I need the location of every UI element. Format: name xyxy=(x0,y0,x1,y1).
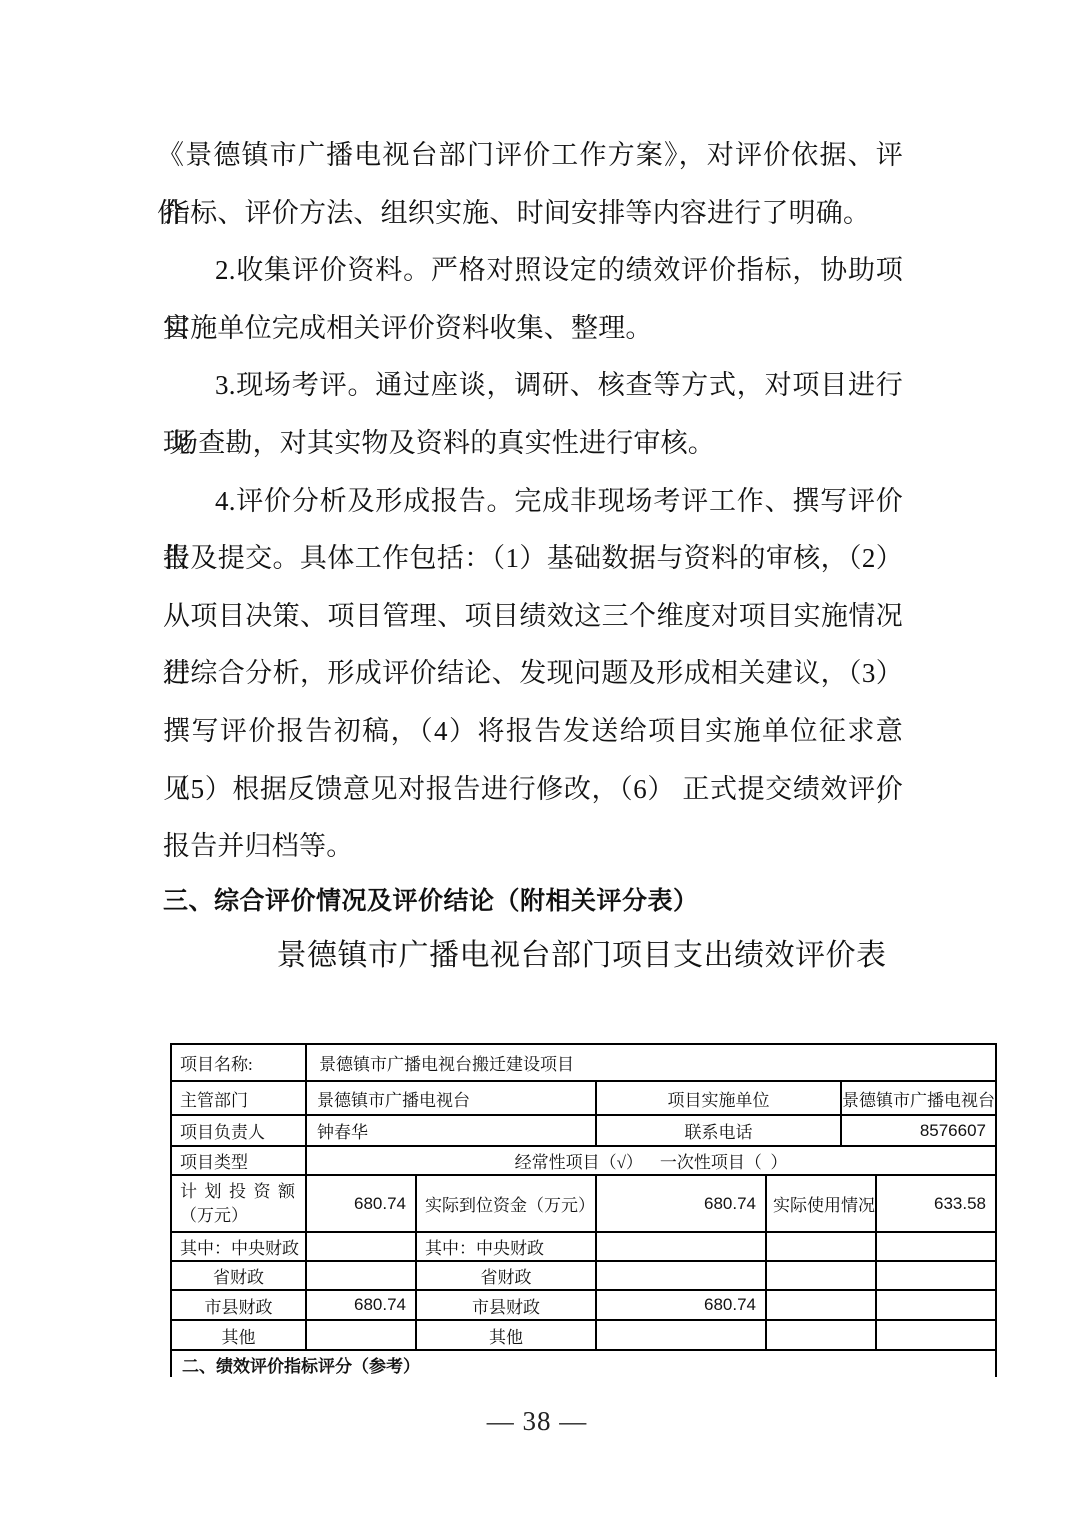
empty-cell xyxy=(307,1233,417,1262)
table-title: 景德镇市广播电视台部门项目支出绩效评价表 xyxy=(170,936,993,976)
planned-investment-value: 680.74 xyxy=(307,1176,417,1233)
actual-funds-value: 680.74 xyxy=(597,1176,767,1233)
body-line: 撰写评价报告初稿，（4）将报告发送给项目实施单位征求意见， xyxy=(163,703,903,761)
project-leader-label: 项目负责人 xyxy=(172,1116,307,1147)
body-line: 指标、评价方法、组织实施、时间安排等内容进行了明确。 xyxy=(163,185,903,243)
body-line: 从项目决策、项目管理、项目绩效这三个维度对项目实施情况进 xyxy=(163,588,903,646)
project-name-label: 项目名称: xyxy=(172,1045,307,1082)
empty-cell xyxy=(877,1262,995,1291)
project-type-label: 项目类型 xyxy=(172,1147,307,1176)
central-finance-label-1: 其中：中央财政 xyxy=(172,1233,307,1262)
empty-cell xyxy=(307,1262,417,1291)
city-finance-label-1: 市县财政 xyxy=(172,1291,307,1321)
city-finance-value-1: 680.74 xyxy=(307,1291,417,1321)
empty-cell xyxy=(597,1321,767,1351)
empty-cell xyxy=(767,1321,877,1351)
impl-unit-label: 项目实施单位 xyxy=(597,1082,842,1116)
page-number: — 38 — xyxy=(0,1406,1074,1437)
empty-cell xyxy=(767,1291,877,1321)
planned-investment-label-line1: 计 划 投 资 额 xyxy=(180,1180,295,1204)
table-row-score-section: 二、绩效评价指标评分（参考） xyxy=(172,1351,995,1377)
project-type-value: 经常性项目（√） 一次性项目（ ） xyxy=(307,1147,995,1176)
empty-cell xyxy=(877,1321,995,1351)
actual-usage-value: 633.58 xyxy=(877,1176,995,1233)
supervisor-dept-value: 景德镇市广播电视台 xyxy=(307,1082,597,1116)
project-name-value: 景德镇市广播电视台搬迁建设项目 xyxy=(307,1045,995,1082)
empty-cell xyxy=(877,1233,995,1262)
section-heading: 三、综合评价情况及评价结论（附相关评分表） xyxy=(163,884,963,918)
table-row-province-finance: 省财政 省财政 xyxy=(172,1262,995,1291)
project-evaluation-table: 项目名称: 景德镇市广播电视台搬迁建设项目 主管部门 景德镇市广播电视台 项目实… xyxy=(170,1043,997,1377)
table-row-leader: 项目负责人 钟春华 联系电话 8576607 xyxy=(172,1116,995,1147)
phone-value: 8576607 xyxy=(842,1116,995,1147)
impl-unit-value: 景德镇市广播电视台 xyxy=(842,1082,995,1116)
body-line: 告及提交。具体工作包括：（1）基础数据与资料的审核，（2） xyxy=(163,530,903,588)
body-text: 《景德镇市广播电视台部门评价工作方案》，对评价依据、评价 指标、评价方法、组织实… xyxy=(163,127,903,876)
project-leader-value: 钟春华 xyxy=(307,1116,597,1147)
body-line: 《景德镇市广播电视台部门评价工作方案》，对评价依据、评价 xyxy=(157,127,903,185)
actual-usage-label: 实际使用情况 xyxy=(767,1176,877,1233)
other-finance-label-1: 其他 xyxy=(172,1321,307,1351)
body-line: 报告并归档等。 xyxy=(163,818,903,876)
body-line: 4.评价分析及形成报告。完成非现场考评工作、撰写评价报 xyxy=(163,473,903,531)
table-row-central-finance: 其中：中央财政 其中：中央财政 xyxy=(172,1233,995,1262)
actual-funds-label: 实际到位资金（万元） xyxy=(417,1176,597,1233)
table-row-investment: 计 划 投 资 额 （万元） 680.74 实际到位资金（万元） 680.74 … xyxy=(172,1176,995,1233)
empty-cell xyxy=(877,1291,995,1321)
table-row-other-finance: 其他 其他 xyxy=(172,1321,995,1351)
body-line: 场查勘，对其实物及资料的真实性进行审核。 xyxy=(163,415,903,473)
table-row-project-name: 项目名称: 景德镇市广播电视台搬迁建设项目 xyxy=(172,1045,995,1082)
body-line: （5）根据反馈意见对报告进行修改，（6） 正式提交绩效评价 xyxy=(163,761,903,819)
score-section-heading: 二、绩效评价指标评分（参考） xyxy=(172,1351,995,1377)
empty-cell xyxy=(597,1233,767,1262)
body-line: 3.现场考评。通过座谈，调研、核查等方式，对项目进行现 xyxy=(163,357,903,415)
body-line: 2.收集评价资料。严格对照设定的绩效评价指标，协助项目 xyxy=(163,242,903,300)
central-finance-label-2: 其中：中央财政 xyxy=(417,1233,597,1262)
empty-cell xyxy=(307,1321,417,1351)
table-row-project-type: 项目类型 经常性项目（√） 一次性项目（ ） xyxy=(172,1147,995,1176)
document-page: { "body": { "lines": [ "《景德镇市广播电视台部门评价工作… xyxy=(0,0,1074,1520)
other-finance-label-2: 其他 xyxy=(417,1321,597,1351)
phone-label: 联系电话 xyxy=(597,1116,842,1147)
city-finance-value-2: 680.74 xyxy=(597,1291,767,1321)
province-finance-label-1: 省财政 xyxy=(172,1262,307,1291)
body-line: 实施单位完成相关评价资料收集、整理。 xyxy=(163,300,903,358)
planned-investment-label: 计 划 投 资 额 （万元） xyxy=(172,1176,307,1233)
planned-investment-label-line2: （万元） xyxy=(180,1204,295,1228)
province-finance-label-2: 省财政 xyxy=(417,1262,597,1291)
empty-cell xyxy=(597,1262,767,1291)
supervisor-dept-label: 主管部门 xyxy=(172,1082,307,1116)
empty-cell xyxy=(767,1262,877,1291)
city-finance-label-2: 市县财政 xyxy=(417,1291,597,1321)
table-row-city-finance: 市县财政 680.74 市县财政 680.74 xyxy=(172,1291,995,1321)
body-line: 行综合分析，形成评价结论、发现问题及形成相关建议，（3） xyxy=(163,645,903,703)
table-row-department: 主管部门 景德镇市广播电视台 项目实施单位 景德镇市广播电视台 xyxy=(172,1082,995,1116)
empty-cell xyxy=(767,1233,877,1262)
